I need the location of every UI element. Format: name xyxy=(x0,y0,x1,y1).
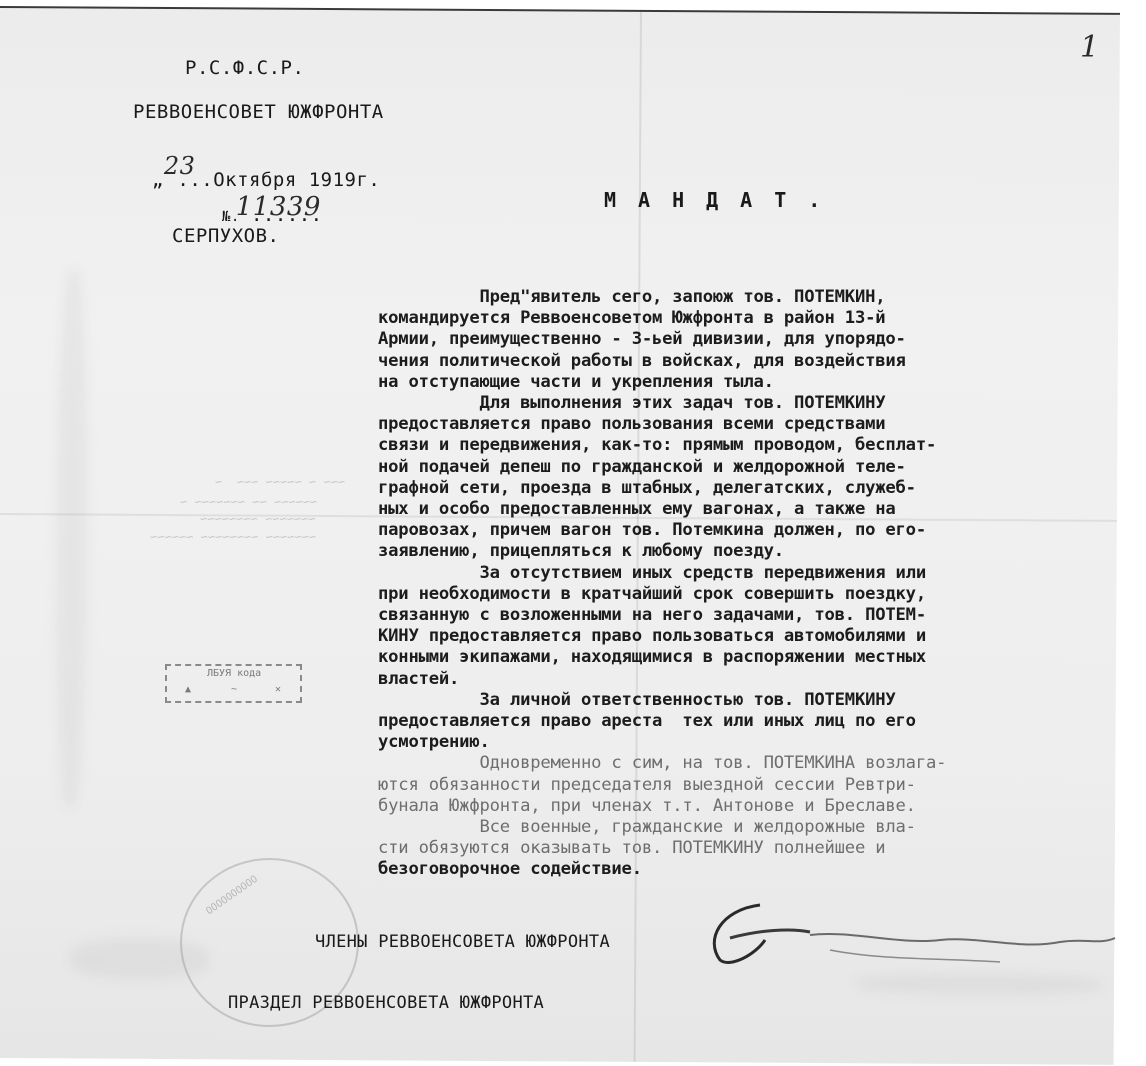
body-line: предоставляется право ареста тех или ины… xyxy=(378,711,1098,732)
mandate-body: Пред"явитель сего, запоюж тов. ПОТЕМКИН,… xyxy=(378,287,1098,881)
body-line: графной сети, проезда в штабных, делегат… xyxy=(378,478,1098,499)
body-line: Пред"явитель сего, запоюж тов. ПОТЕМКИН, xyxy=(378,287,1098,308)
body-line: паровозах, причем вагон тов. Потемкина д… xyxy=(378,520,1098,541)
body-line: Все военные, гражданские и желдорожные в… xyxy=(378,817,1098,838)
date-prefix: „ xyxy=(152,169,164,191)
stamp-mark: ~ xyxy=(231,684,237,695)
members-signature-line: ЧЛЕНЫ РЕВВОЕНСОВЕТА ЮЖФРОНТА xyxy=(315,932,610,952)
date-day-handwritten: 23 xyxy=(164,152,196,180)
document-title: МАНДАТ. xyxy=(604,188,842,212)
handwritten-signature xyxy=(700,900,1120,970)
body-line: командируется Реввоенсоветом Южфронта в … xyxy=(378,308,1098,329)
body-line: усмотрению. xyxy=(378,732,1098,753)
body-line: чения политической работы в войсках, для… xyxy=(378,351,1098,372)
seal-text: ОООООООООО xyxy=(204,874,260,918)
bleed-through-text: ~~~ ~ ~~~~~ ~~~ ~ xyxy=(215,475,345,489)
header-city: СЕРПУХОВ. xyxy=(172,225,279,247)
bleed-through-text: ~~~~~~ ~~ ~~~~~~~ ~ xyxy=(180,495,317,509)
body-line: властей. xyxy=(378,669,1098,690)
body-line: Одновременно с сим, на тов. ПОТЕМКИНА во… xyxy=(378,753,1098,774)
body-line: при необходимости в кратчайший срок сове… xyxy=(378,584,1098,605)
body-line: За личной ответственностью тов. ПОТЕМКИН… xyxy=(378,690,1098,711)
body-line: ной подачей депеш по гражданской и желдо… xyxy=(378,457,1098,478)
bleed-through-text: ~~~~~~~ ~~~~~~~~ xyxy=(200,512,316,526)
body-line: ных и особо предоставленных ему вагонах,… xyxy=(378,499,1098,520)
bleed-through-text: ~~~~~~~ ~~~~~~~~ ~~~~~~ xyxy=(150,530,316,544)
stamp-text: ЛБУЯ кода xyxy=(207,668,261,679)
body-line: КИНУ предоставляется право пользоваться … xyxy=(378,626,1098,647)
body-line: безоговорочное содействие. xyxy=(378,859,1098,880)
stamp-mark: ✕ xyxy=(275,684,281,695)
body-line: предоставляется право пользования всеми … xyxy=(378,414,1098,435)
body-line: заявлению, прицепляться к любому поезду. xyxy=(378,541,1098,562)
body-line: сти обязуются оказывать тов. ПОТЕМКИНУ п… xyxy=(378,838,1098,859)
archive-stamp: ЛБУЯ кода ▲ ~ ✕ xyxy=(165,664,302,703)
body-line: ются обязанности председателя выездной с… xyxy=(378,775,1098,796)
header-organization: РЕВВОЕНСОВЕТ ЮЖФРОНТА xyxy=(133,101,384,123)
body-line: Для выполнения этих задач тов. ПОТЕМКИНУ xyxy=(378,393,1098,414)
body-line: на отступающие части и укрепления тыла. xyxy=(378,372,1098,393)
body-line: Армии, преимущественно - 3-ьей дивизии, … xyxy=(378,329,1098,350)
water-stain xyxy=(854,973,1104,995)
body-line: связи и передвижения, как-то: прямым про… xyxy=(378,435,1098,456)
number-handwritten: 11339 xyxy=(236,192,321,222)
header-republic: Р.С.Ф.С.Р. xyxy=(185,57,304,79)
page-number: 1 xyxy=(1080,30,1099,65)
body-line: бунала Южфронта, при членах т.т. Антонов… xyxy=(378,796,1098,817)
body-line: связанную с возложенными на него задачам… xyxy=(378,605,1098,626)
body-line: За отсутствием иных средств передвижения… xyxy=(378,563,1098,584)
stamp-mark: ▲ xyxy=(185,684,191,695)
chairman-signature-line: ПРАЗДЕЛ РЕВВОЕНСОВЕТА ЮЖФРОНТА xyxy=(228,993,544,1013)
water-stain xyxy=(55,268,88,808)
body-line: конными экипажами, находящимися в распор… xyxy=(378,647,1098,668)
header-number: №.11339...... xyxy=(198,176,323,228)
